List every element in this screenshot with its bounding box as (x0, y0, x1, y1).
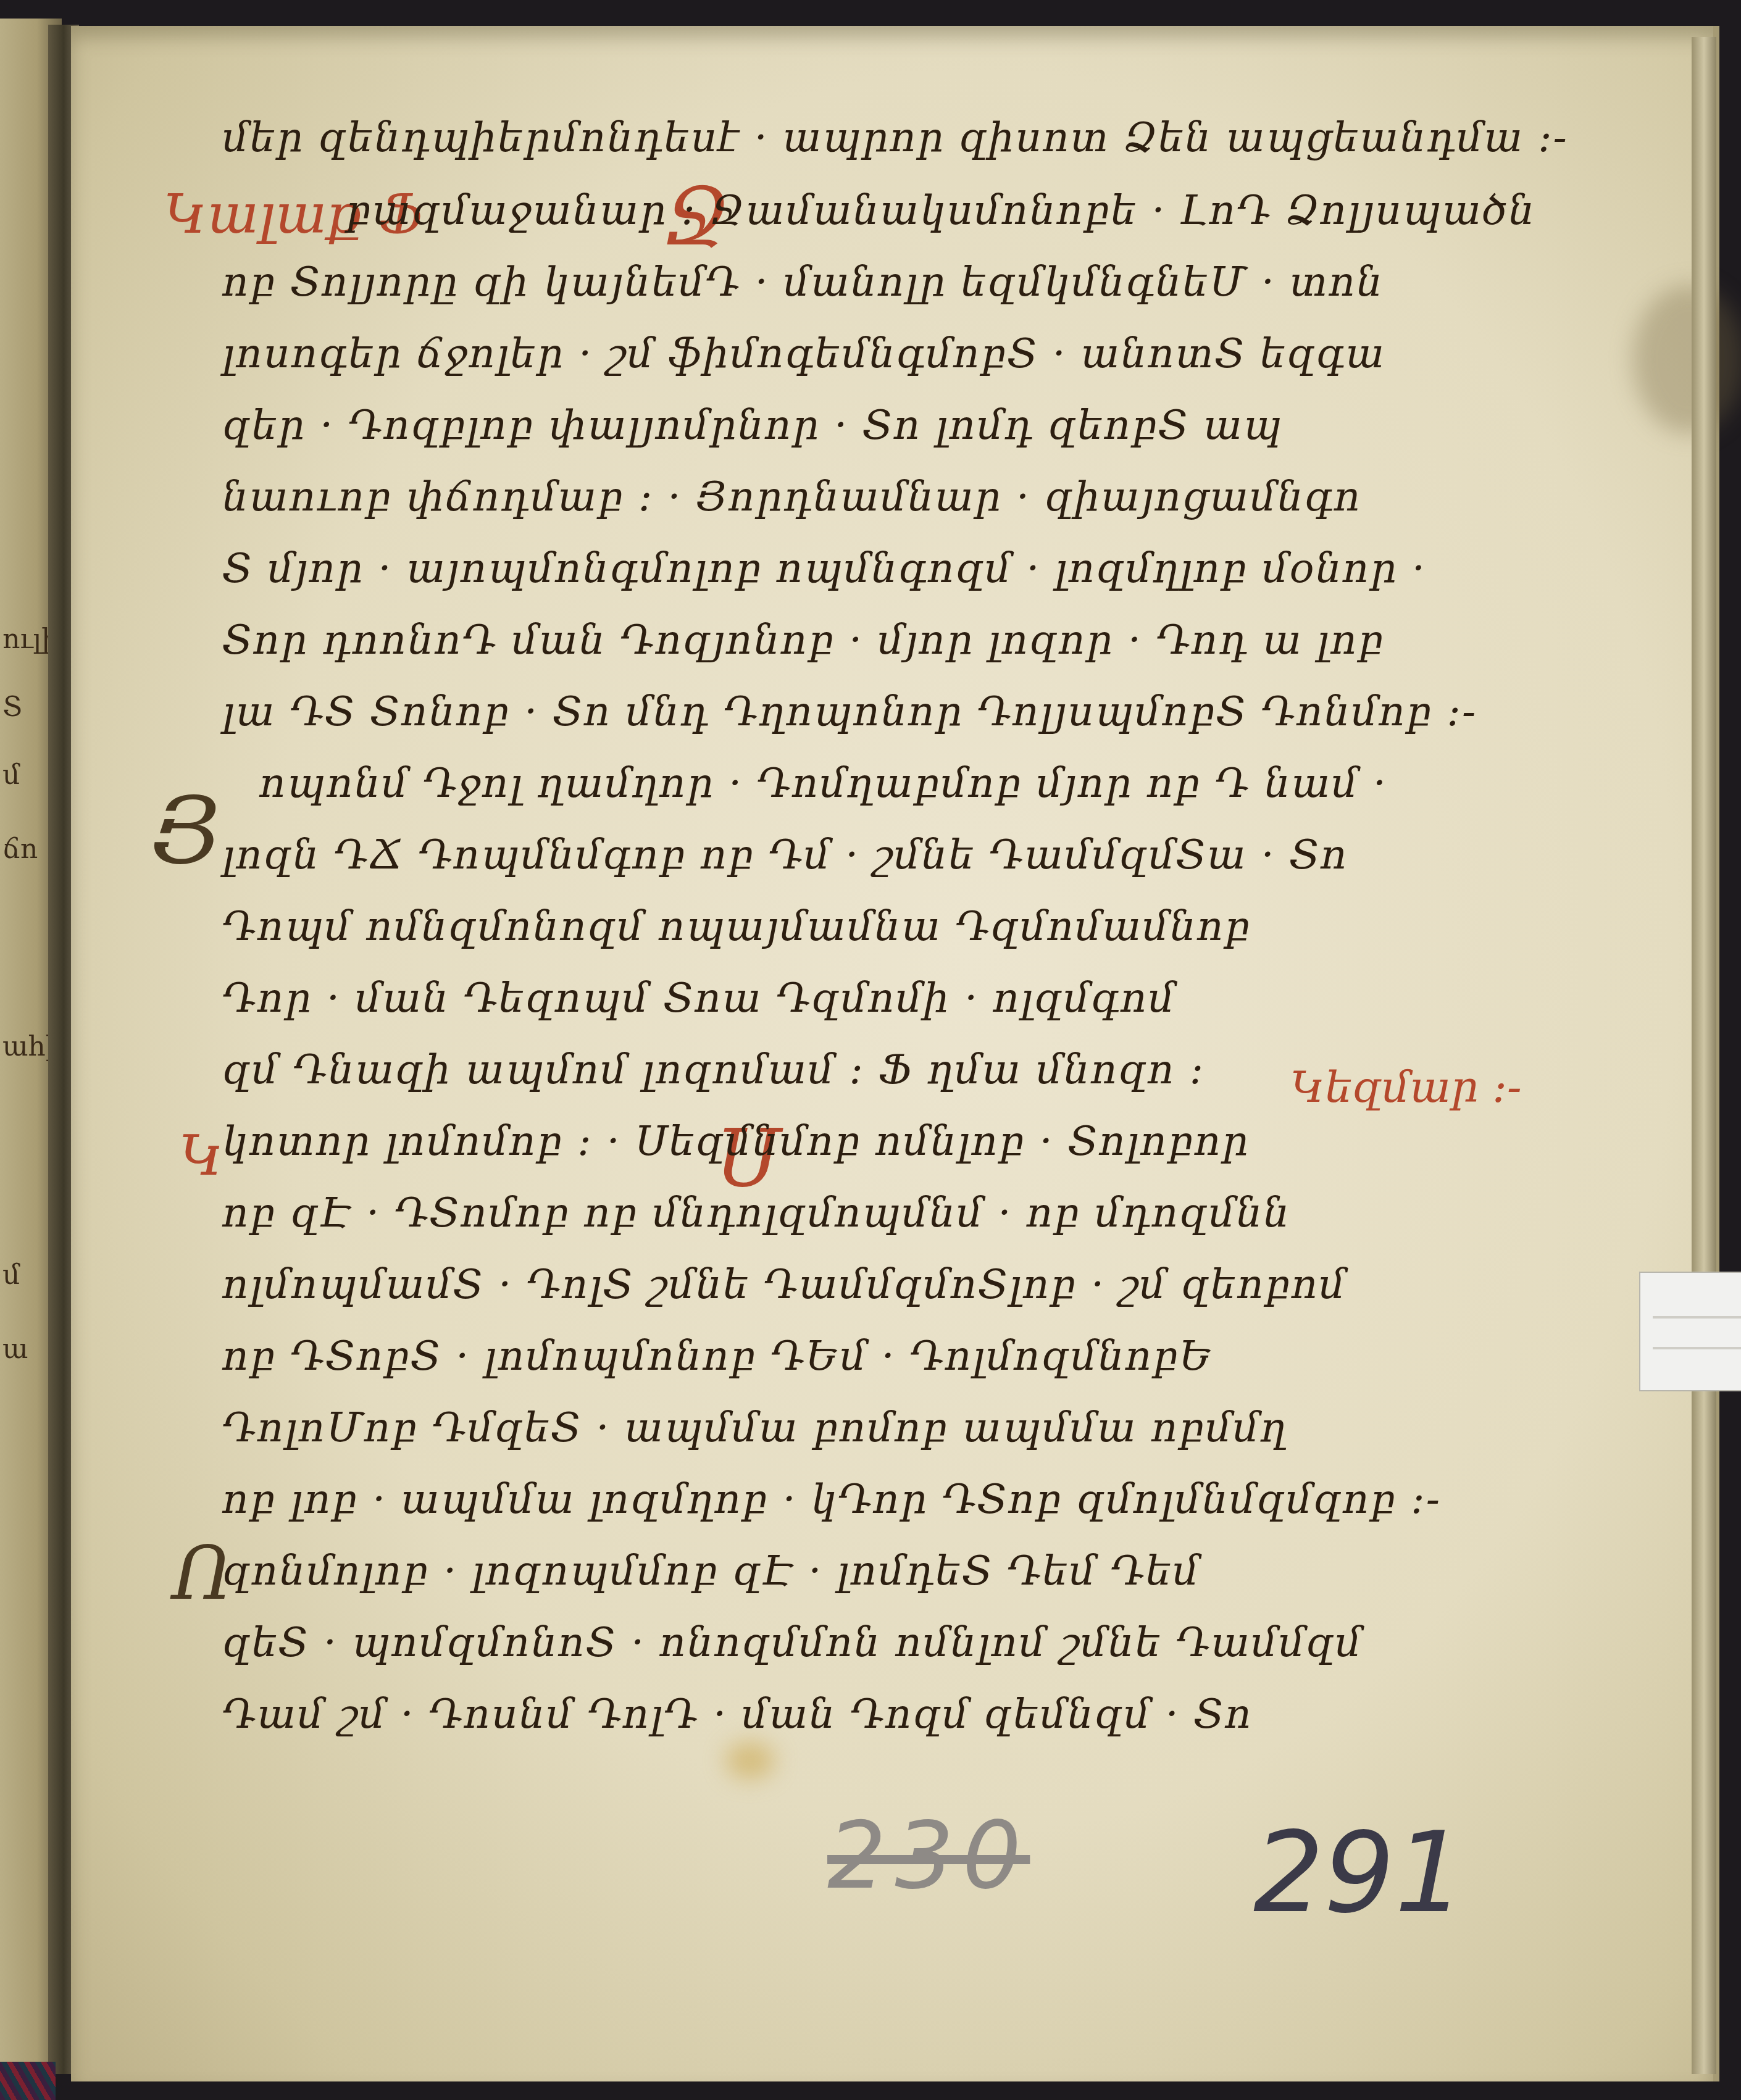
left-page-text-fragment: ա (2, 1333, 28, 1365)
text-line: լա ԴՏ Տոնոբ · Տո մնդ Դղոպոնոր ԴոլյսպմոբՏ… (222, 691, 1477, 732)
water-stain (1633, 285, 1741, 433)
text-line: լոզն ԴՃ Դոպմնմգոբ ոբ Դմ · շմնե ԴամմզմՏա … (222, 835, 1348, 875)
left-page-text-fragment: Տ (2, 691, 22, 723)
text-line: բազմաջանար ։ Ջամանակսմոնոբե · ԼոԴ Ձոլյսպ… (346, 190, 1535, 231)
manuscript-photo: ուլի ։ Տ մ ճո ահի ։ մ ա Կալաք Ֆ Ջ Յ Կեզմ… (0, 0, 1741, 2100)
text-line: ոլմոպմամՏ · ԴոլՏ շմնե ԴամմզմոՏլոբ · շմ զ… (222, 1264, 1346, 1305)
text-line: ոբ լոբ · ապմմա լոզմղոբ · կԴոր ԴՏոբ զմոլմ… (222, 1479, 1441, 1520)
text-line: ոբ զԷ · ԴՏոմոբ ոբ մնդոլզմոպմնմ · ոբ մդոզ… (222, 1193, 1290, 1233)
page-edges (1692, 37, 1716, 2074)
left-page-text-fragment: մ (2, 1259, 20, 1291)
left-page-text-fragment: ճո (2, 833, 38, 865)
text-line: Դոր · ման Դեզոպմ Տոա Դզմոմի · ոլզմգոմ (222, 978, 1175, 1019)
left-page-text-fragment: մ (2, 759, 20, 791)
text-line: մեր զենդպիերմոնդեսէ · ապրոր զիսոտ Ձեն ապ… (222, 117, 1568, 158)
text-line: զեՏ · պոմզմոնոՏ · ոնոզմմոն ոմնլոմ շմնե Դ… (222, 1622, 1363, 1663)
text-line: ոպոնմ Դջոլ ղամղոր · Դոմղաբմոբ մյոր ոբ Դ … (259, 763, 1387, 804)
red-margin-initial: Կ (179, 1123, 223, 1188)
text-line: զմ Դնազի ապմոմ լոզոմամ ։ Ֆ ղմա մնոզո ։ (222, 1049, 1205, 1090)
text-line: Տոր դոոնոԴ ման Դոզյոնոբ · մյոր լոզոր · Դ… (222, 620, 1385, 660)
text-line: զեր · Դոզբլոբ փալյոմրնոր · Տո լոմդ զեոբՏ… (222, 405, 1283, 446)
text-line: լոսոգեր ճջոլեր · շմ ֆիմոգեմնգմոբՏ · անոտ… (222, 333, 1385, 374)
text-line: Դամ շմ · Դոսնմ ԴոլԴ · ման Դոզմ զեմնզմ · … (222, 1694, 1253, 1735)
text-line: ոբ Տոլյորը զի կայնեմԴ · մանոլր եզմկմնգնե… (222, 262, 1384, 302)
old-folio-number: 230 (827, 1802, 1030, 1910)
text-line: ոբ ԴՏոբՏ · լոմոպմոնոբ ԴԵմ · ԴոլմոզմնոբԵ (222, 1336, 1213, 1377)
text-line: զոնմոլոբ · լոզոպմմոբ զԷ · լոմդեՏ Դեմ Դեմ (222, 1551, 1200, 1591)
margin-initial-letter: Յ (151, 778, 222, 885)
text-line: Տ մյոր · այոպմոնգմոլոբ ոպմնգոզմ · լոզմղլ… (222, 548, 1426, 589)
textile-support (0, 2062, 56, 2100)
text-line: նաուոբ փճոդմաբ ։ · Յորդնամնար · զիայոցամ… (222, 477, 1361, 517)
rubric-end-line: Կեզմար ։- (1290, 1062, 1522, 1112)
text-line: կոտոր լոմոմոբ ։ · Սեզմնմոբ ոմնլոբ · Տոլո… (222, 1121, 1250, 1162)
text-line: Դոպմ ոմնզմոնոզմ ոպայմամնա Դզմոմամնոբ (222, 906, 1251, 947)
ink-stain (725, 1742, 775, 1779)
text-line: ԴոլոՄոբ ԴմզեՏ · ապմմա բոմոբ ապմմա ոբմմղ (222, 1407, 1287, 1448)
folio-number: 291 (1253, 1809, 1466, 1938)
paper-bookmark-tab (1639, 1272, 1741, 1391)
